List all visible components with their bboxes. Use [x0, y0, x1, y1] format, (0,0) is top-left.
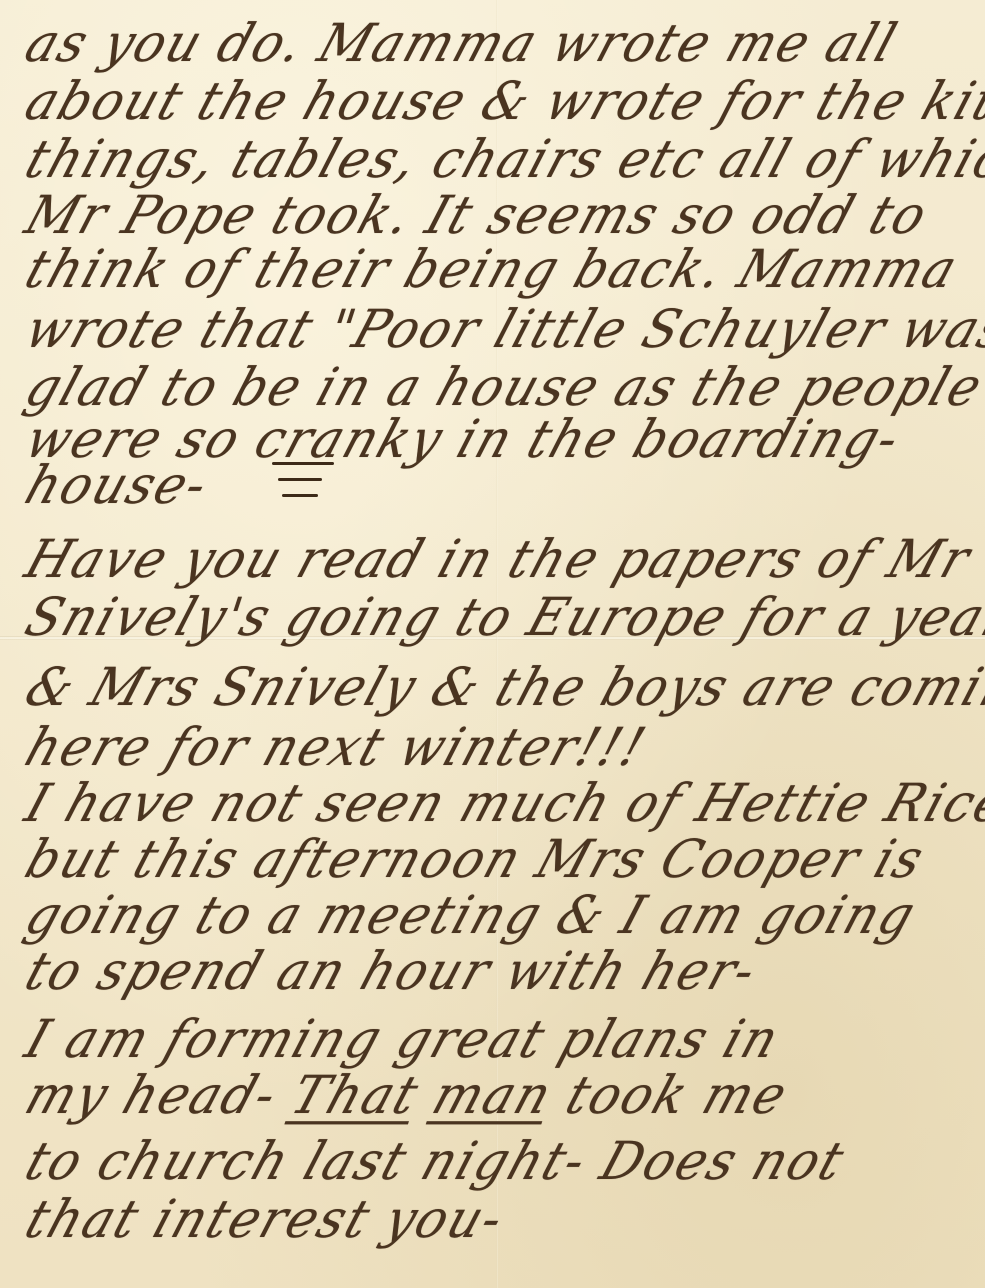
letter-line-18: I am forming great plans in [18, 1009, 788, 1070]
letter-line-9: house- [18, 455, 216, 516]
letter-line-19: my head- That man took me [18, 1065, 796, 1126]
letter-line-11: Snively's going to Europe for a year [18, 587, 985, 648]
letter-line-15: but this afternoon Mrs Cooper is [18, 829, 932, 890]
letter-line-14: I have not seen much of Hettie Rice, [18, 773, 985, 834]
triple-line-flourish [268, 458, 338, 504]
letter-line-21: that interest you- [18, 1189, 512, 1250]
letter-line-19-end: took me [541, 1065, 796, 1126]
letter-line-6-end: Poor little Schuyler was [346, 299, 985, 360]
letter-line-4: Mr Pope took. It seems so odd to [18, 185, 936, 246]
letter-line-1: as you do. Mamma wrote me all [18, 13, 905, 74]
letter-line-2: about the house & wrote for the kitchen [18, 71, 985, 132]
letter-line-3: things, tables, chairs etc all of which [18, 129, 985, 190]
letter-line-17: to spend an hour with her- [18, 941, 765, 1002]
letter-line-10: Have you read in the papers of Mr [18, 529, 979, 590]
letter-line-5: think of their being back. Mamma [18, 239, 966, 300]
letter-line-20: to church last night- Does not [18, 1131, 853, 1192]
underlined-word-that: That [284, 1065, 427, 1126]
underlined-word-man: man [425, 1065, 560, 1126]
letter-line-6: wrote that "Poor little Schuyler was [18, 299, 985, 360]
letter-line-6-start: wrote that " [18, 299, 365, 360]
letter-line-16: going to a meeting & I am going [18, 885, 924, 946]
letter-line-13: here for next winter!!! [18, 717, 654, 778]
letter-line-19-start: my head- [18, 1065, 304, 1126]
letter-line-12: & Mrs Snively & the boys are coming [18, 657, 985, 718]
letter-page: as you do. Mamma wrote me all about the … [0, 0, 985, 1288]
